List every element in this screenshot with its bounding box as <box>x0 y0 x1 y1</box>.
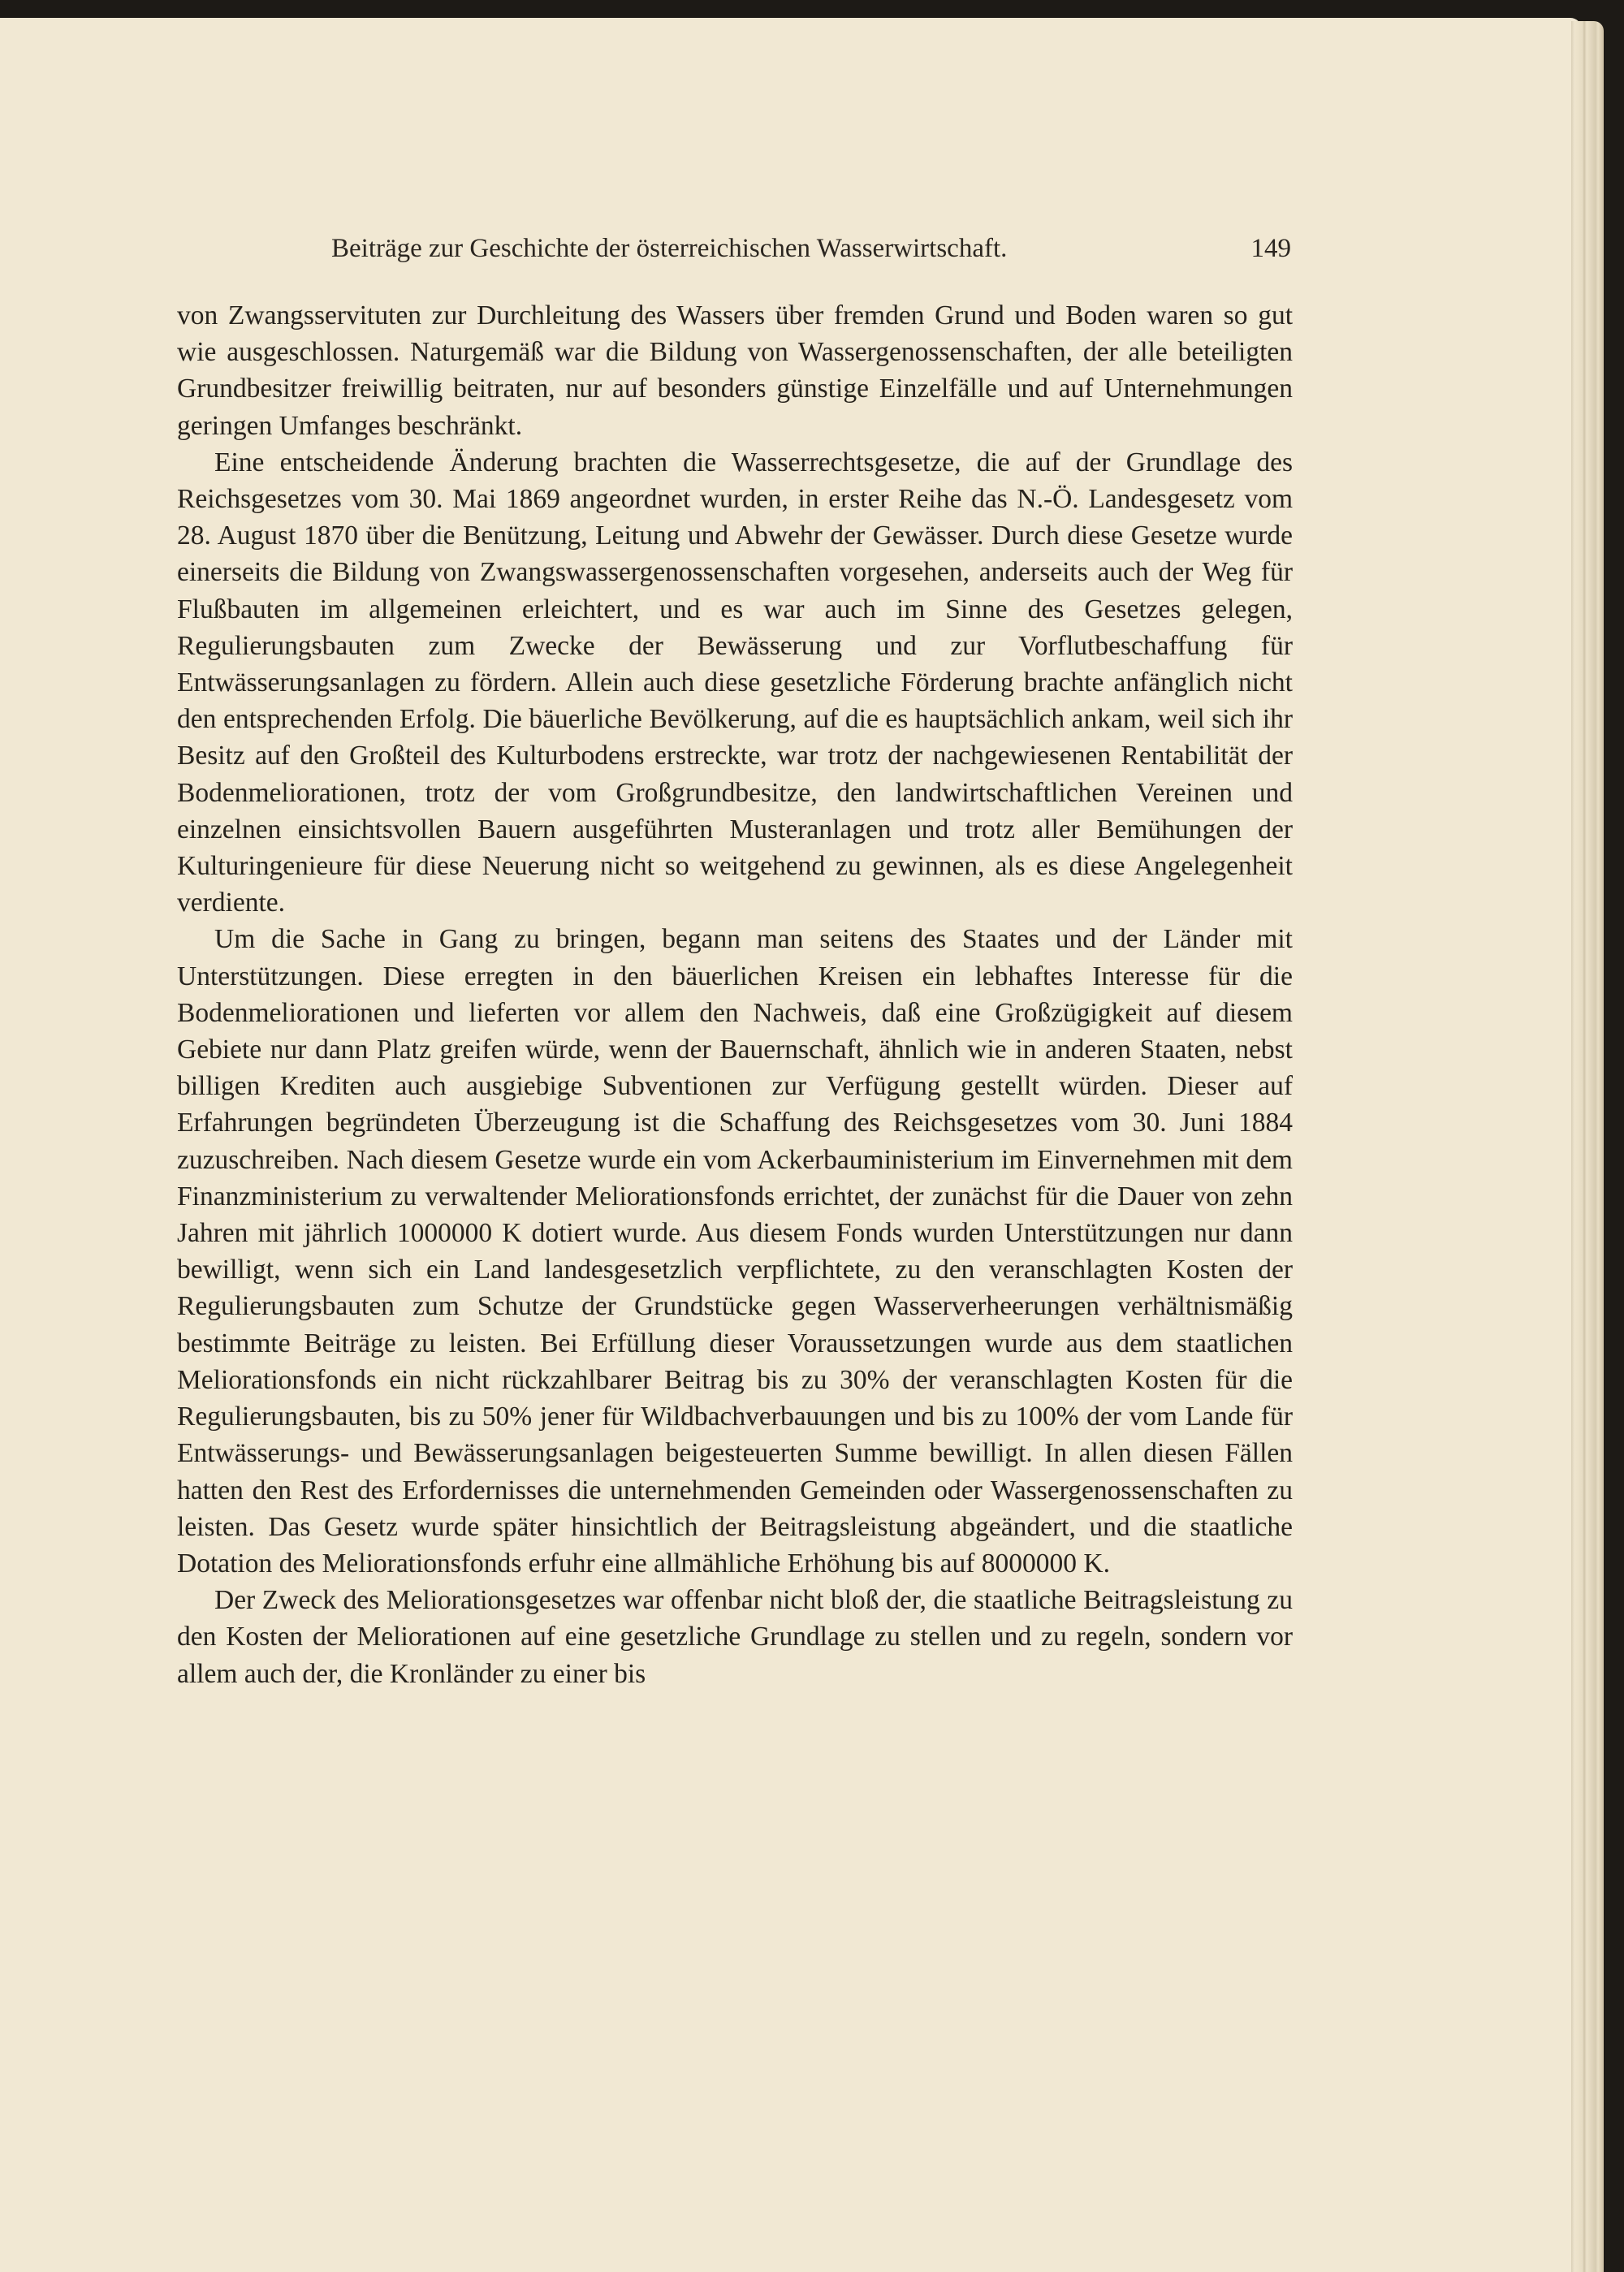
body-text: von Zwangsservituten zur Durchleitung de… <box>177 297 1293 1692</box>
paragraph: Der Zweck des Meliorationsgesetzes war o… <box>177 1582 1293 1692</box>
paragraph: Eine entscheidende Änderung brachten die… <box>177 444 1293 922</box>
page-edges <box>1571 21 1604 2272</box>
paragraph: von Zwangsservituten zur Durchleitung de… <box>177 297 1293 444</box>
paragraph: Um die Sache in Gang zu bringen, begann … <box>177 921 1293 1582</box>
running-head-title: Beiträge zur Geschichte der österreichis… <box>331 234 1007 264</box>
page-number: 149 <box>1251 234 1292 264</box>
running-head: Beiträge zur Geschichte der österreichis… <box>331 234 1291 264</box>
